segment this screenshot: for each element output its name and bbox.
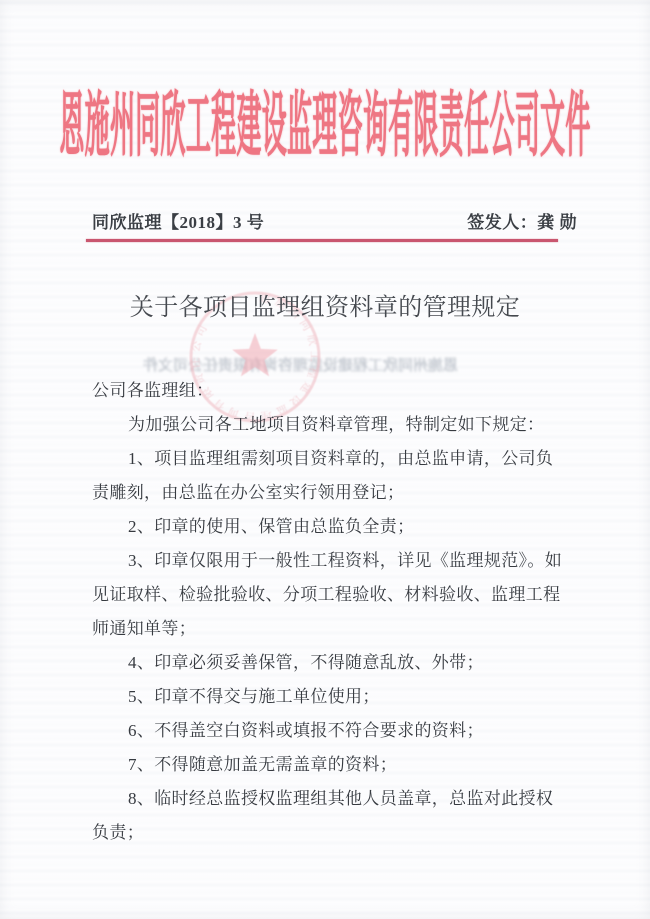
body-line: 1、项目监理组需刻项目资料章的，由总监申请，公司负 xyxy=(92,442,577,476)
red-separator-line xyxy=(86,239,558,242)
letterhead-banner: 恩施州同欣工程建设监理咨询有限责任公司文件 xyxy=(0,84,650,158)
document-title: 关于各项目监理组资料章的管理规定 xyxy=(0,287,650,322)
seal-star-icon xyxy=(232,333,278,376)
body-line: 为加强公司各工地项目资料章管理，特制定如下规定： xyxy=(92,408,577,442)
body-line: 负责； xyxy=(92,816,577,850)
body-line: 4、印章必须妥善保管，不得随意乱放、外带； xyxy=(92,646,577,680)
body-line: 3、印章仅限用于一般性工程资料，详见《监理规范》。如 xyxy=(92,544,577,578)
body-line: 师通知单等； xyxy=(92,612,577,646)
doc-reference-number: 同欣监理【2018】3 号 xyxy=(92,208,264,233)
body-line: 6、不得盖空白资料或填报不符合要求的资料； xyxy=(92,714,577,748)
body-line: 7、不得随意加盖无需盖章的资料； xyxy=(92,748,577,782)
body-line: 责雕刻，由总监在办公室实行领用登记； xyxy=(92,476,577,510)
document-body: 公司各监理组：为加强公司各工地项目资料章管理，特制定如下规定：1、项目监理组需刻… xyxy=(92,374,577,850)
body-line: 见证取样、检验批验收、分项工程验收、材料验收、监理工程 xyxy=(92,578,577,612)
body-line: 8、临时经总监授权监理组其他人员盖章，总监对此授权 xyxy=(92,782,577,816)
document-info-row: 同欣监理【2018】3 号 签发人：龚 勋 xyxy=(92,208,577,233)
scanned-document-page: 恩施州同欣工程建设监理咨询有限责任公司文件 同欣监理【2018】3 号 签发人：… xyxy=(0,0,650,919)
body-line: 5、印章不得交与施工单位使用； xyxy=(92,680,577,714)
body-line: 公司各监理组： xyxy=(92,374,577,408)
body-line: 2、印章的使用、保管由总监负全责； xyxy=(92,510,577,544)
letterhead-title: 恩施州同欣工程建设监理咨询有限责任公司文件 xyxy=(59,70,590,173)
issuer-name: 签发人：龚 勋 xyxy=(467,208,577,233)
